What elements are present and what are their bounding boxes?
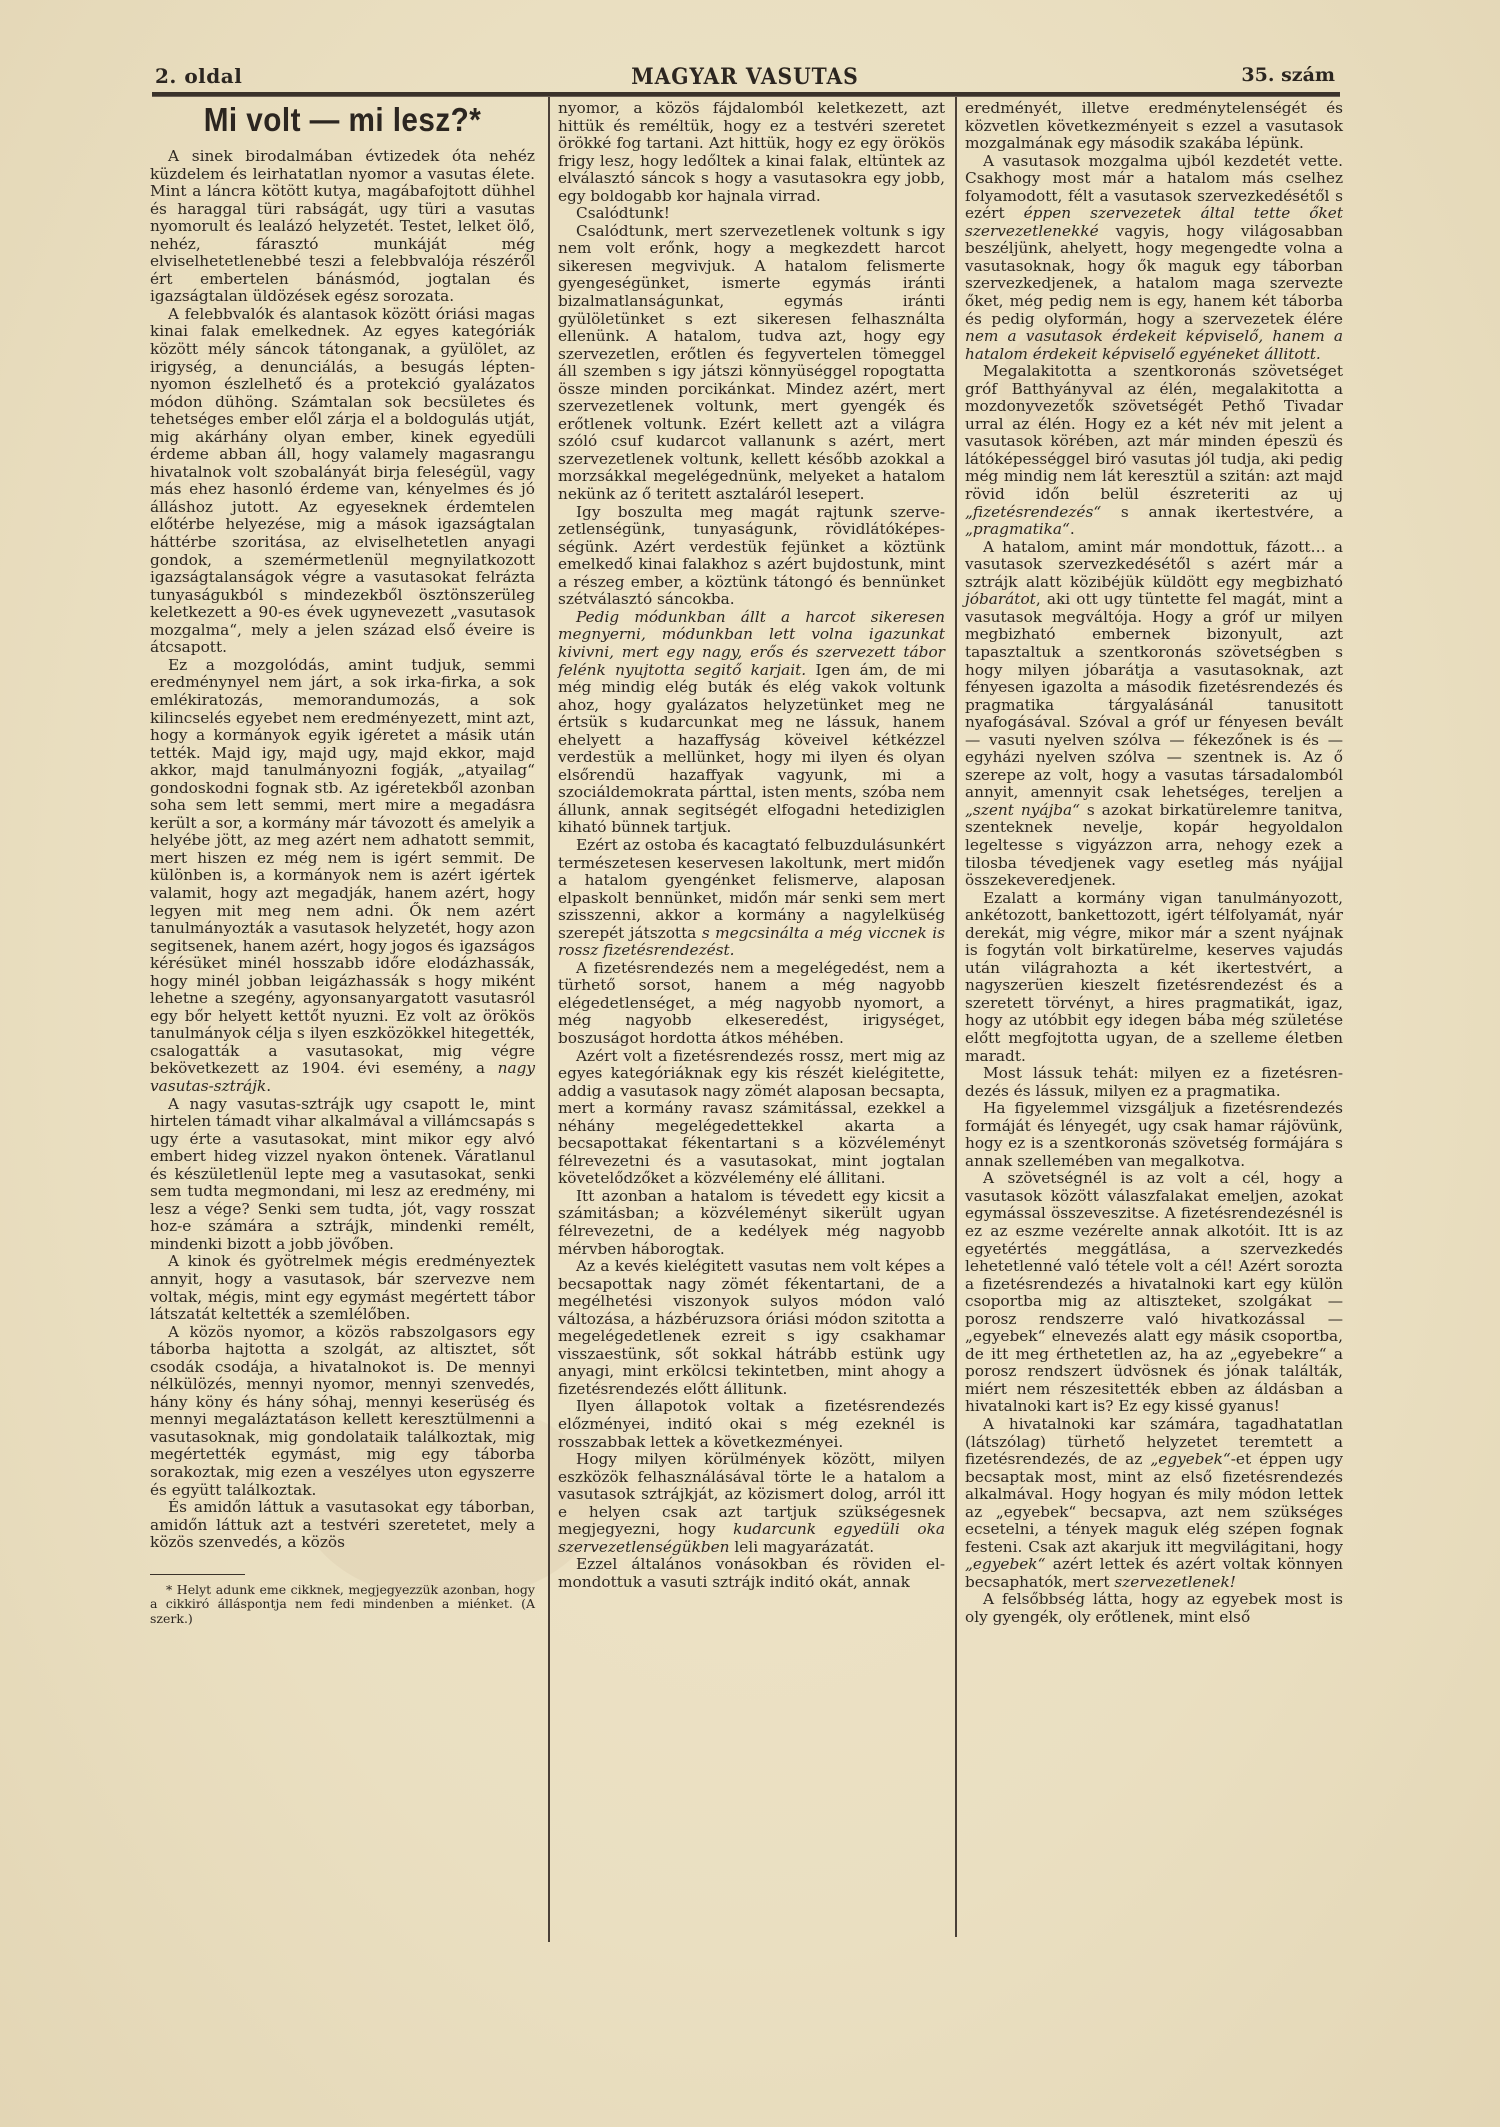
emphasized-text: „fizetésrendezés“	[965, 503, 1101, 521]
article-paragraph: A felsőbbség látta, hogy az egyebek most…	[965, 1591, 1343, 1626]
article-paragraph: Most lássuk tehát: milyen ez a fizetésre…	[965, 1065, 1343, 1100]
article-paragraph: Ilyen állapotok voltak a fizetésrendezés…	[558, 1398, 945, 1451]
text-run: A szövetségnél is az volt a cél, hogy a …	[965, 1169, 1343, 1415]
text-run: , aki ott ugy tüntette fel magát, mint a…	[965, 590, 1343, 801]
emphasized-text: „szent nyájba“	[965, 801, 1080, 819]
article-paragraph: Ezért az ostoba és kacagtató felbuzdu­lá…	[558, 837, 945, 960]
text-run: Most lássuk tehát: milyen ez a fizetésre…	[965, 1064, 1343, 1100]
text-run: Megalakitotta a szentkoronás szövetséget…	[965, 362, 1343, 503]
article-column-3: eredményét, illetve eredménytelenségét é…	[965, 100, 1343, 1627]
text-run: Igy boszulta meg magát rajtunk szerve­ze…	[558, 503, 945, 609]
page-header: 2. oldal MAGYAR VASUTAS 35. szám	[155, 62, 1335, 92]
text-run: A sinek birodalmában évtizedek óta nehéz…	[150, 147, 535, 305]
text-run: Ezzel általános vonásokban és röviden el…	[558, 1555, 945, 1591]
article-title: Mi volt — mi lesz?*	[169, 100, 516, 140]
article-paragraph: A sinek birodalmában évtizedek óta nehéz…	[150, 148, 535, 306]
text-run: Azért volt a fizetésrendezés rossz, mert…	[558, 1047, 945, 1188]
emphasized-text: szervezetlenek!	[1114, 1573, 1236, 1591]
text-run: Csalódtunk!	[576, 204, 670, 222]
text-run: A felebbvalók és alantasok között óriási…	[150, 305, 535, 656]
article-paragraph: A fizetésrendezés nem a megelégedést, ne…	[558, 960, 945, 1048]
text-run: A felsőbbség látta, hogy az egyebek most…	[965, 1590, 1343, 1626]
column-divider	[548, 97, 550, 1942]
text-run: Ezalatt a kormány vigan tanulmányozott, …	[965, 889, 1343, 1065]
emphasized-text: „egyebek“	[1150, 1450, 1230, 1468]
article-paragraph: A közös nyomor, a közös rabszolgasors eg…	[150, 1324, 535, 1499]
column-body: A sinek birodalmában évtizedek óta nehéz…	[150, 148, 535, 1552]
footnote: * Helyt adunk eme cikknek, megjegyezzük …	[150, 1583, 535, 1627]
article-paragraph: Ezalatt a kormány vigan tanulmányozott, …	[965, 890, 1343, 1065]
article-paragraph: nyomor, a közös fájdalomból keletkezett,…	[558, 100, 945, 205]
text-run: Csalódtunk, mert szervezetlenek voltunk …	[558, 222, 945, 503]
column-body: eredményét, illetve eredménytelenségét é…	[965, 100, 1343, 1627]
text-run: .	[1070, 520, 1075, 538]
text-run: Ez a mozgolódás, amint tudjuk, semmi ere…	[150, 656, 535, 1078]
emphasized-text: „egyebek“	[965, 1555, 1045, 1573]
article-paragraph: Igy boszulta meg magát rajtunk szerve­ze…	[558, 504, 945, 609]
article-paragraph: Csalódtunk, mert szervezetlenek voltunk …	[558, 223, 945, 504]
article-paragraph: A hatalom, amint már mondottuk, fázott… …	[965, 539, 1343, 890]
text-run: A hatalom, amint már mondottuk, fázott… …	[965, 538, 1343, 591]
emphasized-text: „pragmatika“	[965, 520, 1070, 538]
article-paragraph: Hogy milyen körülmények között, milyen e…	[558, 1451, 945, 1556]
article-paragraph: Csalódtunk!	[558, 205, 945, 223]
article-paragraph: A nagy vasutas-sztrájk ugy csapott le, m…	[150, 1096, 535, 1254]
text-run: eredményét, illetve eredménytelenségét é…	[965, 99, 1343, 152]
article-paragraph: És amidőn láttuk a vasutasokat egy tábor…	[150, 1499, 535, 1552]
article-paragraph: Ha figyelemmel vizsgáljuk a fizetésrende…	[965, 1100, 1343, 1170]
article-paragraph: Itt azonban a hatalom is tévedett egy ki…	[558, 1188, 945, 1258]
text-run: Ilyen állapotok voltak a fizetésrendezés…	[558, 1397, 945, 1450]
article-column-2: nyomor, a közös fájdalomból keletkezett,…	[558, 100, 945, 1591]
newspaper-page: 2. oldal MAGYAR VASUTAS 35. szám Mi volt…	[0, 0, 1500, 2127]
column-divider	[955, 97, 957, 1937]
article-paragraph: Megalakitotta a szentkoronás szövetséget…	[965, 363, 1343, 538]
header-rule	[152, 92, 1340, 97]
article-paragraph: A hivatalnoki kar számára, tagadhatatlan…	[965, 1416, 1343, 1591]
issue-number: 35. szám	[1241, 64, 1335, 86]
text-run: És amidőn láttuk a vasutasokat egy tábor…	[150, 1498, 535, 1551]
text-run: Ha figyelemmel vizsgáljuk a fizetésrende…	[965, 1099, 1343, 1170]
article-paragraph: Azért volt a fizetésrendezés rossz, mert…	[558, 1048, 945, 1188]
article-paragraph: A felebbvalók és alantasok között óriási…	[150, 306, 535, 657]
text-run: Igen ám, de mi még mindig elég buták és …	[558, 661, 945, 837]
text-run: A közös nyomor, a közös rabszolgasors eg…	[150, 1323, 535, 1499]
article-paragraph: eredményét, illetve eredménytelenségét é…	[965, 100, 1343, 153]
article-column-1: Mi volt — mi lesz?* A sinek birodalmában…	[150, 98, 535, 1626]
text-run: leli magyará­zatát.	[730, 1538, 875, 1556]
article-paragraph: Pedig módunkban állt a harcot sikeresen …	[558, 609, 945, 837]
emphasized-text: jóbarátot	[965, 590, 1036, 608]
text-run: Az a kevés kielégitett vasutas nem volt …	[558, 1257, 945, 1398]
article-paragraph: Ezzel általános vonásokban és röviden el…	[558, 1556, 945, 1591]
article-paragraph: Az a kevés kielégitett vasutas nem volt …	[558, 1258, 945, 1398]
column-body: nyomor, a közös fájdalomból keletkezett,…	[558, 100, 945, 1591]
article-paragraph: Ez a mozgolódás, amint tudjuk, semmi ere…	[150, 657, 535, 1096]
article-paragraph: A szövetségnél is az volt a cél, hogy a …	[965, 1170, 1343, 1416]
article-paragraph: A vasutasok mozgalma ujból kezdetét vett…	[965, 153, 1343, 364]
text-run: s annak ikertestvére, a	[1101, 503, 1343, 521]
text-run: A fizetésrendezés nem a megelégedést, ne…	[558, 959, 945, 1047]
article-paragraph: A kinok és gyötrelmek mégis eredmé­nyezt…	[150, 1253, 535, 1323]
emphasized-text: nem a vasutasok érdekeit képviselő, hane…	[965, 327, 1343, 363]
text-run: A kinok és gyötrelmek mégis eredmé­nyezt…	[150, 1252, 535, 1323]
masthead: MAGYAR VASUTAS	[202, 64, 1288, 90]
text-run: nyomor, a közös fájdalomból keletkezett,…	[558, 99, 945, 205]
text-run: Itt azonban a hatalom is tévedett egy ki…	[558, 1187, 945, 1258]
footnote-rule	[150, 1574, 245, 1575]
text-run: .	[266, 1077, 271, 1095]
text-run: A nagy vasutas-sztrájk ugy csapott le, m…	[150, 1095, 535, 1253]
